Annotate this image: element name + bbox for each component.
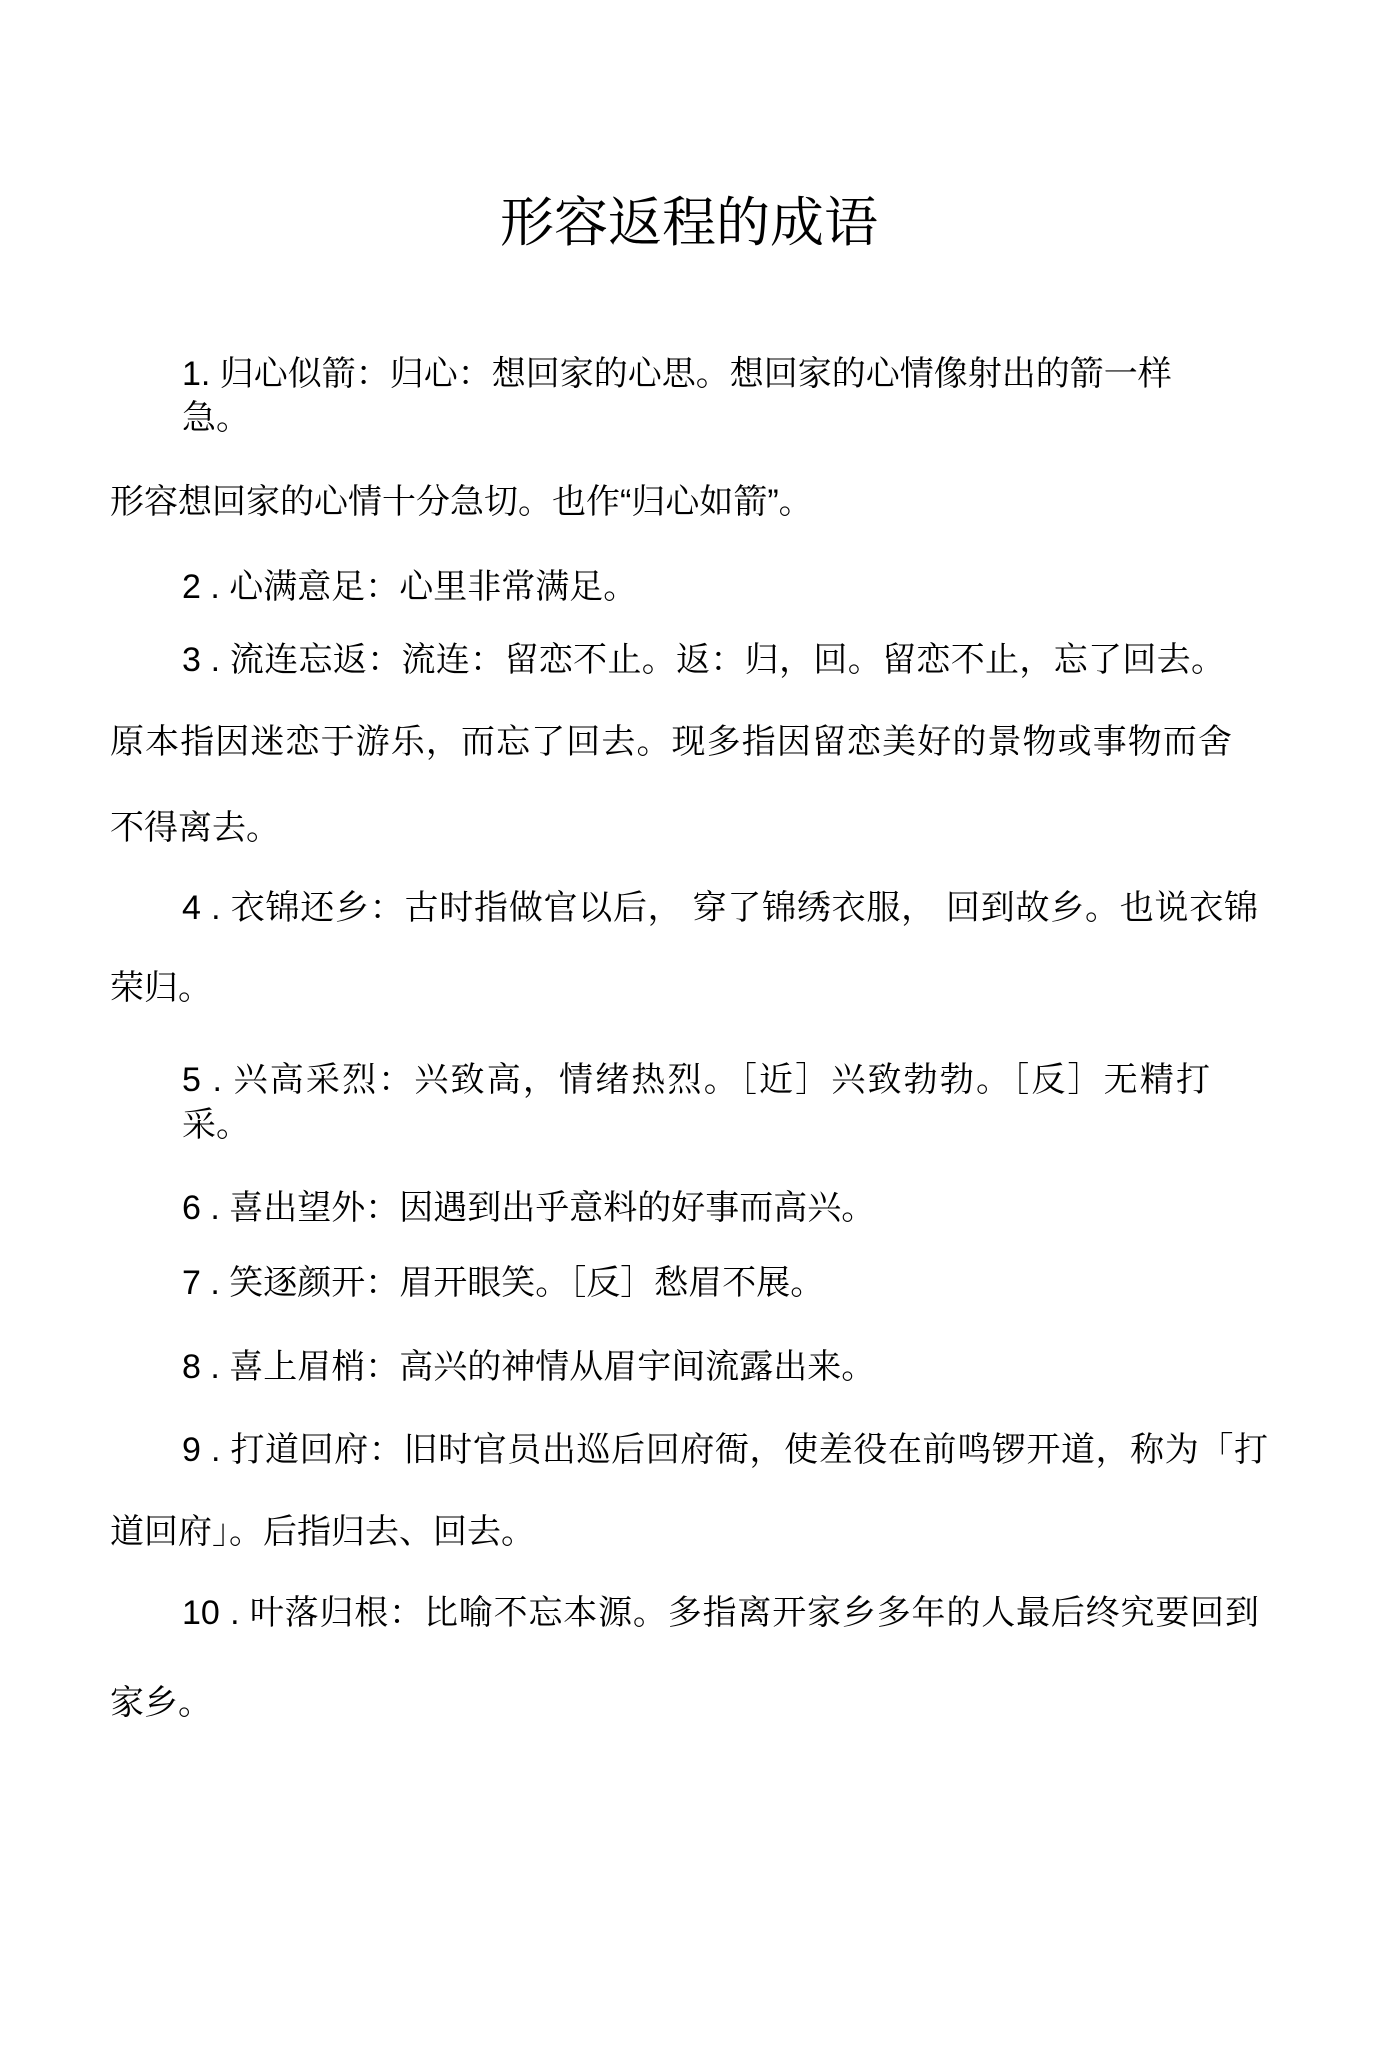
idiom-2-line-1: 2 . 心满意足：心里非常满足。 bbox=[182, 567, 637, 607]
idiom-10-line-1: 10 . 叶落归根：比喻不忘本源。多指离开家乡多年的人最后终究要回到 bbox=[182, 1593, 1259, 1633]
idiom-5-line-1: 5 . 兴高采烈：兴致高，情绪热烈。［近］兴致勃勃。［反］无精打 bbox=[182, 1060, 1210, 1100]
idiom-3-line-1: 3 . 流连忘返：流连：留恋不止。返：归，回。留恋不止，忘了回去。 bbox=[182, 640, 1225, 680]
idiom-3-line-2: 原本指因迷恋于游乐，而忘了回去。现多指因留恋美好的景物或事物而舍 bbox=[110, 722, 1232, 762]
idiom-1-line-3: 形容想回家的心情十分急切。也作“归心如箭”。 bbox=[110, 482, 813, 522]
idiom-1-line-1: 1. 归心似箭：归心：想回家的心思。想回家的心情像射出的箭一样 bbox=[182, 354, 1172, 394]
idiom-5-line-2: 采。 bbox=[182, 1105, 250, 1145]
idiom-1-line-2: 急。 bbox=[182, 398, 250, 438]
idiom-8-line-1: 8 . 喜上眉梢：高兴的神情从眉宇间流露出来。 bbox=[182, 1347, 875, 1387]
idiom-4-line-2: 荣归。 bbox=[110, 968, 212, 1008]
idiom-6-line-1: 6 . 喜出望外：因遇到出乎意料的好事而高兴。 bbox=[182, 1188, 875, 1228]
idiom-9-line-1: 9 . 打道回府：旧时官员出巡后回府衙，使差役在前鸣锣开道，称为「打 bbox=[182, 1430, 1268, 1470]
idiom-10-line-2: 家乡。 bbox=[110, 1683, 212, 1723]
idiom-3-line-3: 不得离去。 bbox=[110, 808, 280, 848]
idiom-9-line-2: 道回府」。后指归去、回去。 bbox=[110, 1512, 535, 1552]
idiom-7-line-1: 7 . 笑逐颜开：眉开眼笑。［反］愁眉不展。 bbox=[182, 1263, 824, 1303]
page-title: 形容返程的成语 bbox=[0, 191, 1378, 255]
idiom-4-line-1: 4 . 衣锦还乡：古时指做官以后， 穿了锦绣衣服， 回到故乡。也说衣锦 bbox=[182, 888, 1258, 928]
